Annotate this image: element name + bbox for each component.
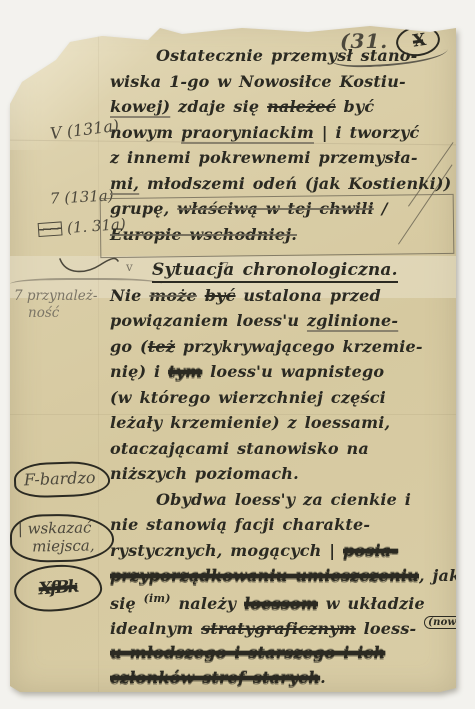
handwriting-text: leżały krzemienie) z loessami,	[110, 413, 390, 432]
manuscript-line: mi, młodszemi odeń (jak Kostienki))	[110, 174, 452, 200]
handwriting-text: się	[110, 594, 144, 613]
handwriting-text: być	[336, 97, 375, 116]
handwriting-text: (w którego wierzchniej części	[110, 388, 386, 407]
handwriting-strike: należeć	[267, 97, 336, 116]
manuscript-line: leżały krzemienie) z loessami,	[110, 413, 452, 439]
margin-note-line: | wskazać	[18, 518, 92, 537]
handwriting-text: niższych poziomach.	[110, 464, 299, 483]
manuscript-line: grupę, właściwą w tej chwili /	[110, 199, 452, 225]
handwriting-heavy: tym	[168, 362, 202, 381]
manuscript-text: Ostatecznie przemysł stano-wiska 1-go w …	[110, 46, 452, 694]
paper-sheet: (31. X V (131a) 7 (131a) (1. 31a) v 7 7 …	[10, 20, 456, 692]
handwriting-u: mi,	[110, 174, 139, 193]
manuscript-line: członków stref starych.	[110, 668, 452, 694]
handwriting-u: kowej)	[110, 97, 170, 116]
handwriting-text: młodszemi odeń (jak Kostienki))	[139, 174, 451, 193]
handwriting-text: w układzie	[318, 594, 425, 613]
handwriting-text: Nie	[110, 286, 149, 305]
handwriting-text: Obydwa loess'y za cienkie i	[156, 490, 411, 509]
manuscript-line: nie stanowią facji charakte-	[110, 515, 452, 541]
handwriting-text	[197, 286, 205, 305]
handwriting-strike: też	[148, 337, 175, 356]
section-heading: Sytuacja chronologiczna.	[152, 260, 452, 286]
margin-note-bardzo: F-bardzo	[13, 460, 110, 498]
handwriting-sup: (im)	[144, 592, 171, 605]
manuscript-line: powiązaniem loess'u zglinione-	[110, 311, 452, 337]
handwriting-text: wiska 1-go w Nowosiłce Kostiu-	[110, 72, 406, 91]
handwriting-text: loess-	[356, 619, 424, 638]
handwriting-heavy: posia-	[343, 541, 398, 560]
handwriting-u: zglinione-	[307, 311, 398, 330]
manuscript-line: Obydwa loess'y za cienkie i	[110, 490, 452, 516]
handwriting-text: powiązaniem loess'u	[110, 311, 307, 330]
margin-note-przynaleznosc: 7 przynależ- ność	[14, 288, 97, 322]
margin-note-line: 7 przynależ-	[14, 288, 97, 304]
manuscript-line: rystycznych, mogących | posia-	[110, 541, 452, 567]
manuscript-line: przyporządkowaniu umieszczeniu, jakie	[110, 566, 452, 592]
handwriting-ps: może	[149, 286, 197, 305]
manuscript-line: nię) i tym loess'u wapnistego	[110, 362, 452, 388]
handwriting-supc: (nowej)	[424, 616, 475, 629]
handwriting-heavy: przyporządkowaniu umieszczeniu	[110, 566, 419, 585]
handwriting-text: z innemi pokrewnemi przemysła-	[110, 148, 418, 167]
handwriting-text: nię) i	[110, 362, 168, 381]
crossed-out-margin-scribble: XfBk	[13, 562, 104, 614]
handwriting-text: loess'u wapnistego	[202, 362, 384, 381]
manuscript-line: Nie może być ustalona przed	[110, 286, 452, 312]
handwriting-text: zdaje się	[170, 97, 267, 116]
scanned-page: (31. X V (131a) 7 (131a) (1. 31a) v 7 7 …	[0, 0, 475, 709]
handwriting-heavy: u młodszego i starszego i ich	[110, 643, 385, 662]
handwriting-u: praoryniackim	[181, 123, 314, 142]
manuscript-line: kowej) zdaje się należeć być	[110, 97, 452, 123]
manuscript-line: Ostatecznie przemysł stano-	[110, 46, 452, 72]
bracket-icon	[38, 221, 63, 237]
handwriting-text: idealnym	[110, 619, 201, 638]
handwriting-text: go (	[110, 337, 148, 356]
handwriting-text: ustalona przed	[236, 286, 381, 305]
handwriting-ps: właściwą w tej chwili	[177, 199, 374, 218]
handwriting-text: , jakie	[419, 566, 475, 585]
manuscript-line: się (im) należy loessom w układzie	[110, 592, 452, 618]
handwriting-text: rystycznych, mogących |	[110, 541, 343, 560]
handwriting-text: nie stanowią facji charakte-	[110, 515, 370, 534]
margin-note-line: miejsca,	[32, 536, 102, 555]
manuscript-line: nowym praoryniackim | i tworzyć	[110, 123, 452, 149]
handwriting-heavy: loessom	[244, 594, 318, 613]
handwriting-ps: Europie wschodniej.	[110, 225, 297, 244]
handwriting-text: otaczającami stanowisko na	[110, 439, 369, 458]
margin-note-wskazac: | wskazać miejsca,	[10, 513, 115, 563]
manuscript-line: z innemi pokrewnemi przemysła-	[110, 148, 452, 174]
handwriting-text: /	[374, 199, 388, 218]
handwriting-text: Sytuacja chronologiczna.	[152, 260, 398, 283]
handwriting-strike: stratygraficznym	[201, 619, 356, 638]
manuscript-line: go (też przykrywającego krzemie-	[110, 337, 452, 363]
handwriting-text: .	[320, 668, 326, 687]
handwriting-text: przykrywającego krzemie-	[175, 337, 423, 356]
manuscript-line: Europie wschodniej.	[110, 225, 452, 251]
manuscript-line: idealnym stratygraficznym loess- (nowej)	[110, 617, 452, 643]
manuscript-line: u młodszego i starszego i ich	[110, 643, 452, 669]
manuscript-line: otaczającami stanowisko na	[110, 439, 452, 465]
handwriting-heavy: członków stref starych	[110, 668, 320, 687]
manuscript-line: (w którego wierzchniej części	[110, 388, 452, 414]
manuscript-paper: (31. X V (131a) 7 (131a) (1. 31a) v 7 7 …	[10, 20, 456, 692]
handwriting-strike: być	[205, 286, 236, 305]
manuscript-line: wiska 1-go w Nowosiłce Kostiu-	[110, 72, 452, 98]
handwriting-text: | i tworzyć	[314, 123, 419, 142]
handwriting-text: Ostatecznie przemysł stano-	[156, 46, 418, 65]
handwriting-text: należy	[171, 594, 244, 613]
margin-note-line: ność	[28, 305, 97, 322]
handwriting-text: grupę,	[110, 199, 177, 218]
scribble-text: XfBk	[38, 577, 78, 600]
handwriting-text: nowym	[110, 123, 181, 142]
manuscript-line: niższych poziomach.	[110, 464, 452, 490]
